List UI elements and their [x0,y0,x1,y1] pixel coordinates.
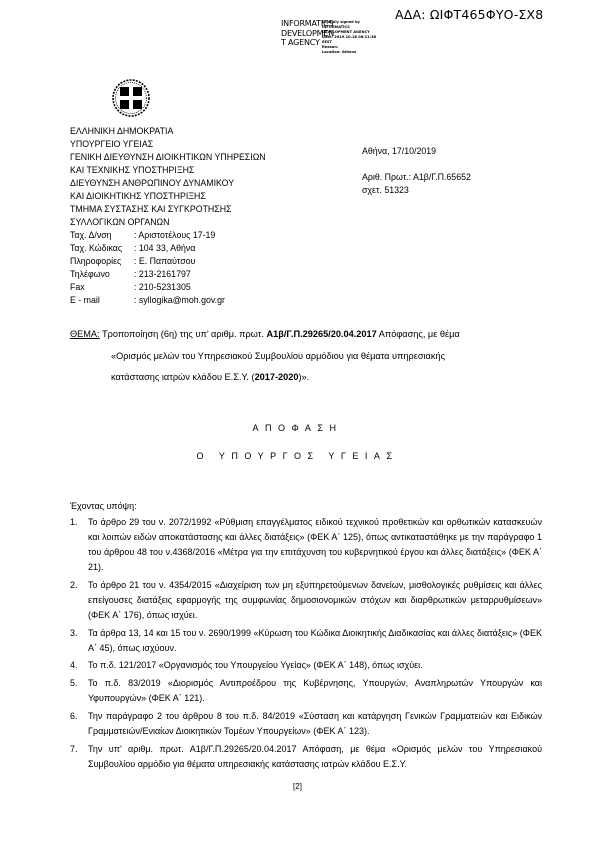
contact-email-value: : syllogika@moh.gov.gr [134,294,225,307]
subject-text: κατάστασης ιατρών κλάδου Ε.Σ.Υ. ( [111,372,255,382]
list-text: Τα άρθρα 13, 14 και 15 του ν. 2690/1999 … [88,626,542,656]
signature-line: Location: Athens [322,50,376,55]
list-number: 3. [70,626,88,656]
header-line: ΓΕΝΙΚΗ ΔΙΕΥΘΥΝΣΗ ΔΙΟΙΚΗΤΙΚΩΝ ΥΠΗΡΕΣΙΩΝ [70,151,266,164]
list-text: Το π.δ. 83/2019 «Διορισμός Αντιπροέδρου … [88,676,542,706]
contact-value: : 104 33, Αθήνα [134,242,195,255]
list-text: Το άρθρο 29 του ν. 2072/1992 «Ρύθμιση επ… [88,515,542,575]
page-number: [2] [0,782,595,791]
considerations-list: 1.Το άρθρο 29 του ν. 2072/1992 «Ρύθμιση … [70,515,542,775]
contact-row-address: Ταχ. Δ/νση: Αριστοτέλους 17-19 [70,229,225,242]
subject-text: Τροποποίηση (6η) της υπ’ αριθμ. πρωτ. [100,329,267,339]
header-line: ΕΛΛΗΝΙΚΗ ΔΗΜΟΚΡΑΤΙΑ [70,125,266,138]
ada-code: ΑΔΑ: ΩΙΦΤ465ΦΥΟ-ΣΧ8 [395,7,543,22]
header-line: ΔΙΕΥΘΥΝΣΗ ΑΝΘΡΩΠΙΝΟΥ ΔΥΝΑΜΙΚΟΥ [70,177,266,190]
minister-title: Ο ΥΠΟΥΡΓΟΣ ΥΓΕΙΑΣ [0,451,595,461]
document-date: Αθήνα, 17/10/2019 [362,145,471,158]
list-number: 1. [70,515,88,575]
contact-row-email: E - mail: syllogika@moh.gov.gr [70,294,225,307]
subject-line-2: «Ορισμός μελών του Υπηρεσιακού Συμβουλίο… [70,346,540,368]
document-reference: Αθήνα, 17/10/2019 Αριθ. Πρωτ.: Α1β/Γ.Π.6… [362,145,471,197]
contact-label: E - mail [70,294,134,307]
contact-row-info: Πληροφορίες: Ε. Παπαύτσου [70,255,225,268]
list-text: Το π.δ. 121/2017 «Οργανισμός του Υπουργε… [88,658,542,673]
header-line: ΚΑΙ ΤΕΧΝΙΚΗΣ ΥΠΟΣΤΗΡΙΞΗΣ [70,164,266,177]
issuer-header: ΕΛΛΗΝΙΚΗ ΔΗΜΟΚΡΑΤΙΑ ΥΠΟΥΡΓΕΙΟ ΥΓΕΙΑΣ ΓΕΝ… [70,125,266,229]
list-text: Την παράγραφο 2 του άρθρου 8 του π.δ. 84… [88,709,542,739]
protocol-number: Αριθ. Πρωτ.: Α1β/Γ.Π.65652 [362,171,471,184]
subject-label: ΘΕΜΑ: [70,329,100,339]
subject-block: ΘΕΜΑ: Τροποποίηση (6η) της υπ’ αριθμ. πρ… [70,324,540,389]
contact-value: : Ε. Παπαύτσου [134,255,195,268]
header-line: ΤΜΗΜΑ ΣΥΣΤΑΣΗΣ ΚΑΙ ΣΥΓΚΡΟΤΗΣΗΣ [70,203,266,216]
contact-row-fax: Fax: 210-5231305 [70,281,225,294]
contact-label: Πληροφορίες [70,255,134,268]
contact-value: : 213-2161797 [134,268,191,281]
list-item: 2.Το άρθρο 21 του ν. 4354/2015 «Διαχείρι… [70,578,542,623]
list-item: 5.Το π.δ. 83/2019 «Διορισμός Αντιπροέδρο… [70,676,542,706]
list-item: 4.Το π.δ. 121/2017 «Οργανισμός του Υπουρ… [70,658,542,673]
greek-coat-of-arms-icon [111,78,151,118]
subject-line-3: κατάστασης ιατρών κλάδου Ε.Σ.Υ. (2017-20… [70,367,540,389]
contact-row-phone: Τηλέφωνο: 213-2161797 [70,268,225,281]
list-number: 6. [70,709,88,739]
contact-info: Ταχ. Δ/νση: Αριστοτέλους 17-19 Ταχ. Κώδι… [70,229,225,307]
considering-heading: Έχοντας υπόψη: [70,501,137,511]
subject-text: Απόφασης, με θέμα [377,329,460,339]
list-number: 4. [70,658,88,673]
contact-row-postcode: Ταχ. Κώδικας: 104 33, Αθήνα [70,242,225,255]
list-number: 5. [70,676,88,706]
list-number: 2. [70,578,88,623]
contact-value: : Αριστοτέλους 17-19 [134,229,215,242]
header-line: ΥΠΟΥΡΓΕΙΟ ΥΓΕΙΑΣ [70,138,266,151]
list-item: 7.Την υπ’ αριθμ. πρωτ. Α1β/Γ.Π.29265/20.… [70,742,542,772]
contact-label: Ταχ. Δ/νση [70,229,134,242]
contact-label: Τηλέφωνο [70,268,134,281]
list-number: 7. [70,742,88,772]
list-text: Την υπ’ αριθμ. πρωτ. Α1β/Γ.Π.29265/20.04… [88,742,542,772]
contact-label: Ταχ. Κώδικας [70,242,134,255]
header-line: ΣΥΛΛΟΓΙΚΩΝ ΟΡΓΑΝΩΝ [70,216,266,229]
contact-value: : 210-5231305 [134,281,191,294]
subject-text: )». [299,372,310,382]
subject-period: 2017-2020 [255,372,299,382]
list-item: 3.Τα άρθρα 13, 14 και 15 του ν. 2690/199… [70,626,542,656]
list-item: 6.Την παράγραφο 2 του άρθρου 8 του π.δ. … [70,709,542,739]
subject-reference: Α1β/Γ.Π.29265/20.04.2017 [266,329,376,339]
decision-title: ΑΠΟΦΑΣΗ [0,423,595,433]
digital-signature-stamp: Digitally signed by INFORMATICS DEVELOPM… [322,20,376,55]
header-line: ΚΑΙ ΔΙΟΙΚΗΤΙΚΗΣ ΥΠΟΣΤΗΡΙΞΗΣ [70,190,266,203]
contact-label: Fax [70,281,134,294]
list-item: 1.Το άρθρο 29 του ν. 2072/1992 «Ρύθμιση … [70,515,542,575]
list-text: Το άρθρο 21 του ν. 4354/2015 «Διαχείριση… [88,578,542,623]
related-number: σχετ. 51323 [362,184,471,197]
